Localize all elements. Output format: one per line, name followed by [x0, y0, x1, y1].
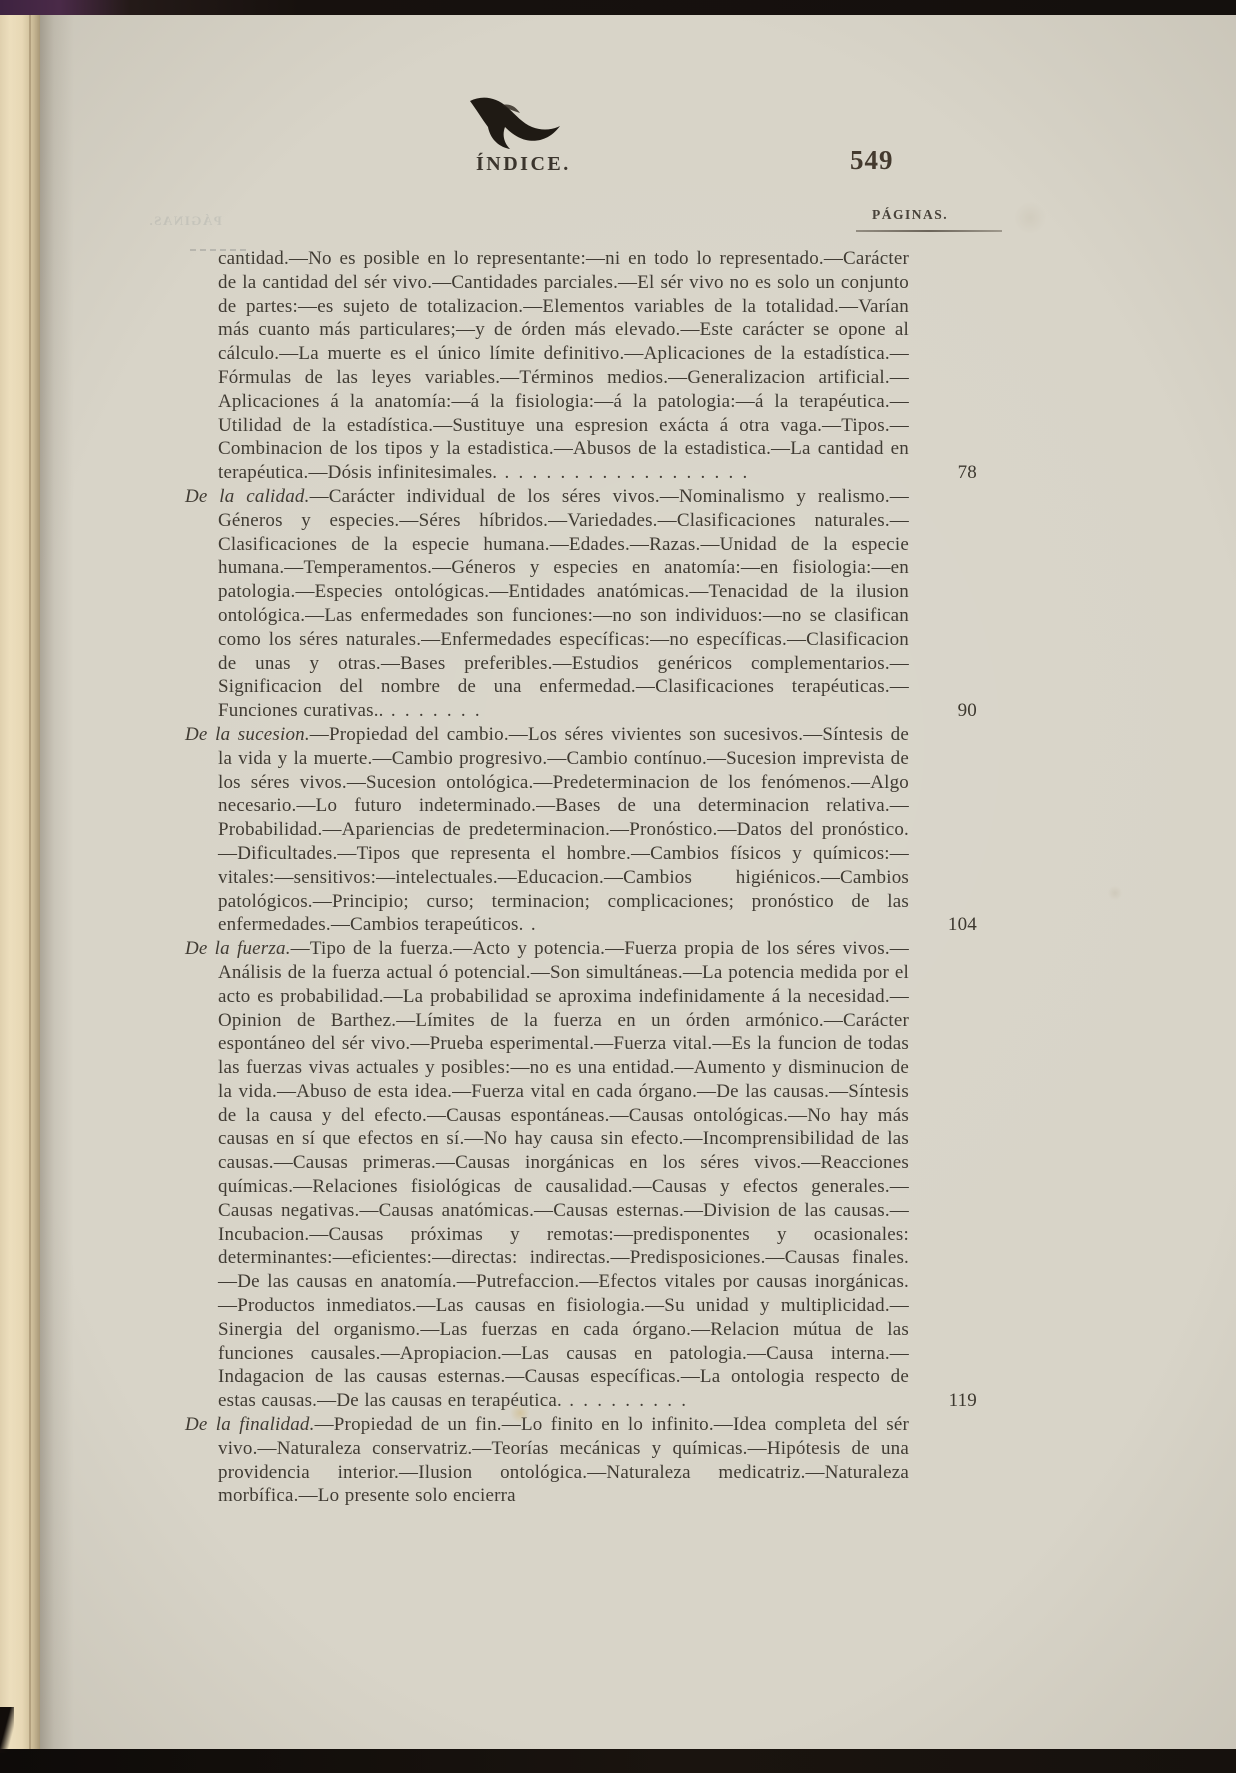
scanned-book-page: ÍNDICE. 549 PÁGINAS. PÁGINAS. cantidad.—…: [0, 0, 1236, 1773]
leader-dots: .: [524, 914, 538, 935]
scanner-band-bottom: [0, 1749, 1236, 1773]
toc-entry: De la finalidad.—Propiedad de un fin.—Lo…: [185, 1413, 977, 1508]
page-header-title: ÍNDICE.: [476, 153, 571, 176]
pages-column-label: PÁGINAS.: [872, 207, 948, 223]
entry-text: —Tipo de la fuerza.—Acto y potencia.—Fue…: [218, 938, 909, 1411]
entry-page-number: 119: [917, 1389, 977, 1413]
entry-page-number: 90: [917, 699, 977, 723]
toc-list: cantidad.—No es posible en lo representa…: [185, 247, 977, 1508]
toc-entry: cantidad.—No es posible en lo representa…: [185, 247, 977, 485]
entry-text: —Carácter individual de los séres vivos.…: [218, 486, 909, 721]
leader-dots: . . . . . . . . . . . . . . . . . .: [497, 462, 749, 483]
show-through-text: PÁGINAS.: [148, 213, 222, 229]
toc-entry: De la sucesion.—Propiedad del cambio.—Lo…: [185, 723, 977, 937]
entry-text: cantidad.—No es posible en lo representa…: [218, 248, 909, 483]
entry-page-number: 104: [917, 913, 977, 937]
entry-text: —Propiedad de un fin.—Lo finito en lo in…: [218, 1414, 909, 1506]
entry-lead: De la finalidad.: [185, 1414, 315, 1435]
folio-page-number: 549: [850, 145, 894, 176]
entry-page-number: 78: [917, 461, 977, 485]
toc-entry: De la calidad.—Carácter individual de lo…: [185, 485, 977, 723]
scanner-band-top: [0, 0, 1236, 15]
page-paper: ÍNDICE. 549 PÁGINAS. PÁGINAS. cantidad.—…: [40, 13, 1236, 1751]
toc-entry: De la fuerza.—Tipo de la fuerza.—Acto y …: [185, 937, 977, 1413]
entry-lead: De la sucesion.: [185, 724, 310, 745]
leader-dots: . . . . . . . . .: [562, 1390, 688, 1411]
entry-lead: De la calidad.: [185, 486, 310, 507]
leader-dots: . . . . . . .: [384, 700, 482, 721]
page-crease: [29, 13, 31, 1752]
entry-lead: De la fuerza.: [185, 938, 291, 959]
previous-page-edge: [0, 13, 40, 1752]
pages-column-rule: [856, 230, 1002, 232]
scanner-corner-shadow: [0, 1707, 14, 1753]
entry-text: —Propiedad del cambio.—Los séres vivient…: [218, 724, 909, 935]
